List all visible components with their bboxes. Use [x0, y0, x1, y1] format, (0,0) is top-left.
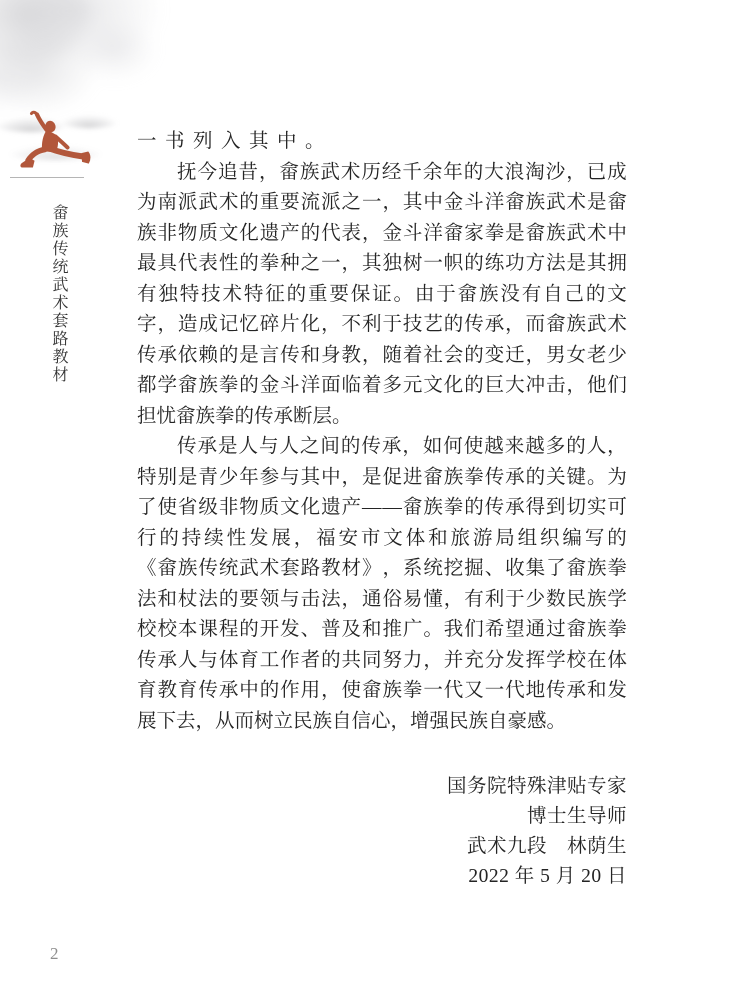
body-line: 了使省级非物质文化遗产——畲族拳的传承得到切实可 — [137, 493, 627, 524]
book-page: 畲族传统武术套路教材 一书列入其中。抚今追昔，畲族武术历经千余年的大浪淘沙，已成… — [0, 0, 750, 1000]
body-line: 抚今追昔，畲族武术历经千余年的大浪淘沙，已成 — [137, 158, 627, 189]
body-line: 传承人与体育工作者的共同努力，并充分发挥学校在体 — [137, 646, 627, 677]
body-text: 一书列入其中。抚今追昔，畲族武术历经千余年的大浪淘沙，已成为南派武术的重要流派之… — [137, 127, 627, 737]
body-line: 育教育传承中的作用，使畲族拳一代又一代地传承和发 — [137, 676, 627, 707]
body-line: 特别是青少年参与其中，是促进畲族拳传承的关键。为 — [137, 463, 627, 494]
body-line: 法和杖法的要领与击法，通俗易懂，有利于少数民族学 — [137, 585, 627, 616]
body-line: 族非物质文化遗产的代表，金斗洋畲家拳是畲族武术中 — [137, 219, 627, 250]
page-number: 2 — [50, 944, 59, 964]
body-line: 传承依赖的是言传和身教，随着社会的变迁，男女老少 — [137, 341, 627, 372]
sidebar-divider — [10, 177, 84, 178]
signature-line: 博士生导师 — [137, 802, 627, 832]
martial-artist-icon — [12, 103, 107, 188]
body-line: 有独特技术特征的重要保证。由于畲族没有自己的文 — [137, 280, 627, 311]
body-line: 担忧畲族拳的传承断层。 — [137, 402, 627, 433]
body-line: 传承是人与人之间的传承，如何使越来越多的人， — [137, 432, 627, 463]
body-line: 都学畲族拳的金斗洋面临着多元文化的巨大冲击，他们 — [137, 371, 627, 402]
signature-line: 2022 年 5 月 20 日 — [137, 862, 627, 892]
body-line: 为南派武术的重要流派之一，其中金斗洋畲族武术是畲 — [137, 188, 627, 219]
body-line: 一书列入其中。 — [137, 127, 627, 158]
body-line: 字，造成记忆碎片化，不利于技艺的传承，而畲族武术 — [137, 310, 627, 341]
book-title-vertical: 畲族传统武术套路教材 — [46, 204, 70, 394]
body-line: 最具代表性的拳种之一，其独树一帜的练功方法是其拥 — [137, 249, 627, 280]
signature-line: 武术九段 林荫生 — [137, 832, 627, 862]
body-line: 行的持续性发展，福安市文体和旅游局组织编写的 — [137, 524, 627, 555]
signature-block: 国务院特殊津贴专家博士生导师武术九段 林荫生2022 年 5 月 20 日 — [137, 772, 627, 892]
body-line: 《畲族传统武术套路教材》，系统挖掘、收集了畲族拳 — [137, 554, 627, 585]
signature-line: 国务院特殊津贴专家 — [137, 772, 627, 802]
body-line: 校校本课程的开发、普及和推广。我们希望通过畲族拳 — [137, 615, 627, 646]
body-line: 展下去，从而树立民族自信心，增强民族自豪感。 — [137, 707, 627, 738]
